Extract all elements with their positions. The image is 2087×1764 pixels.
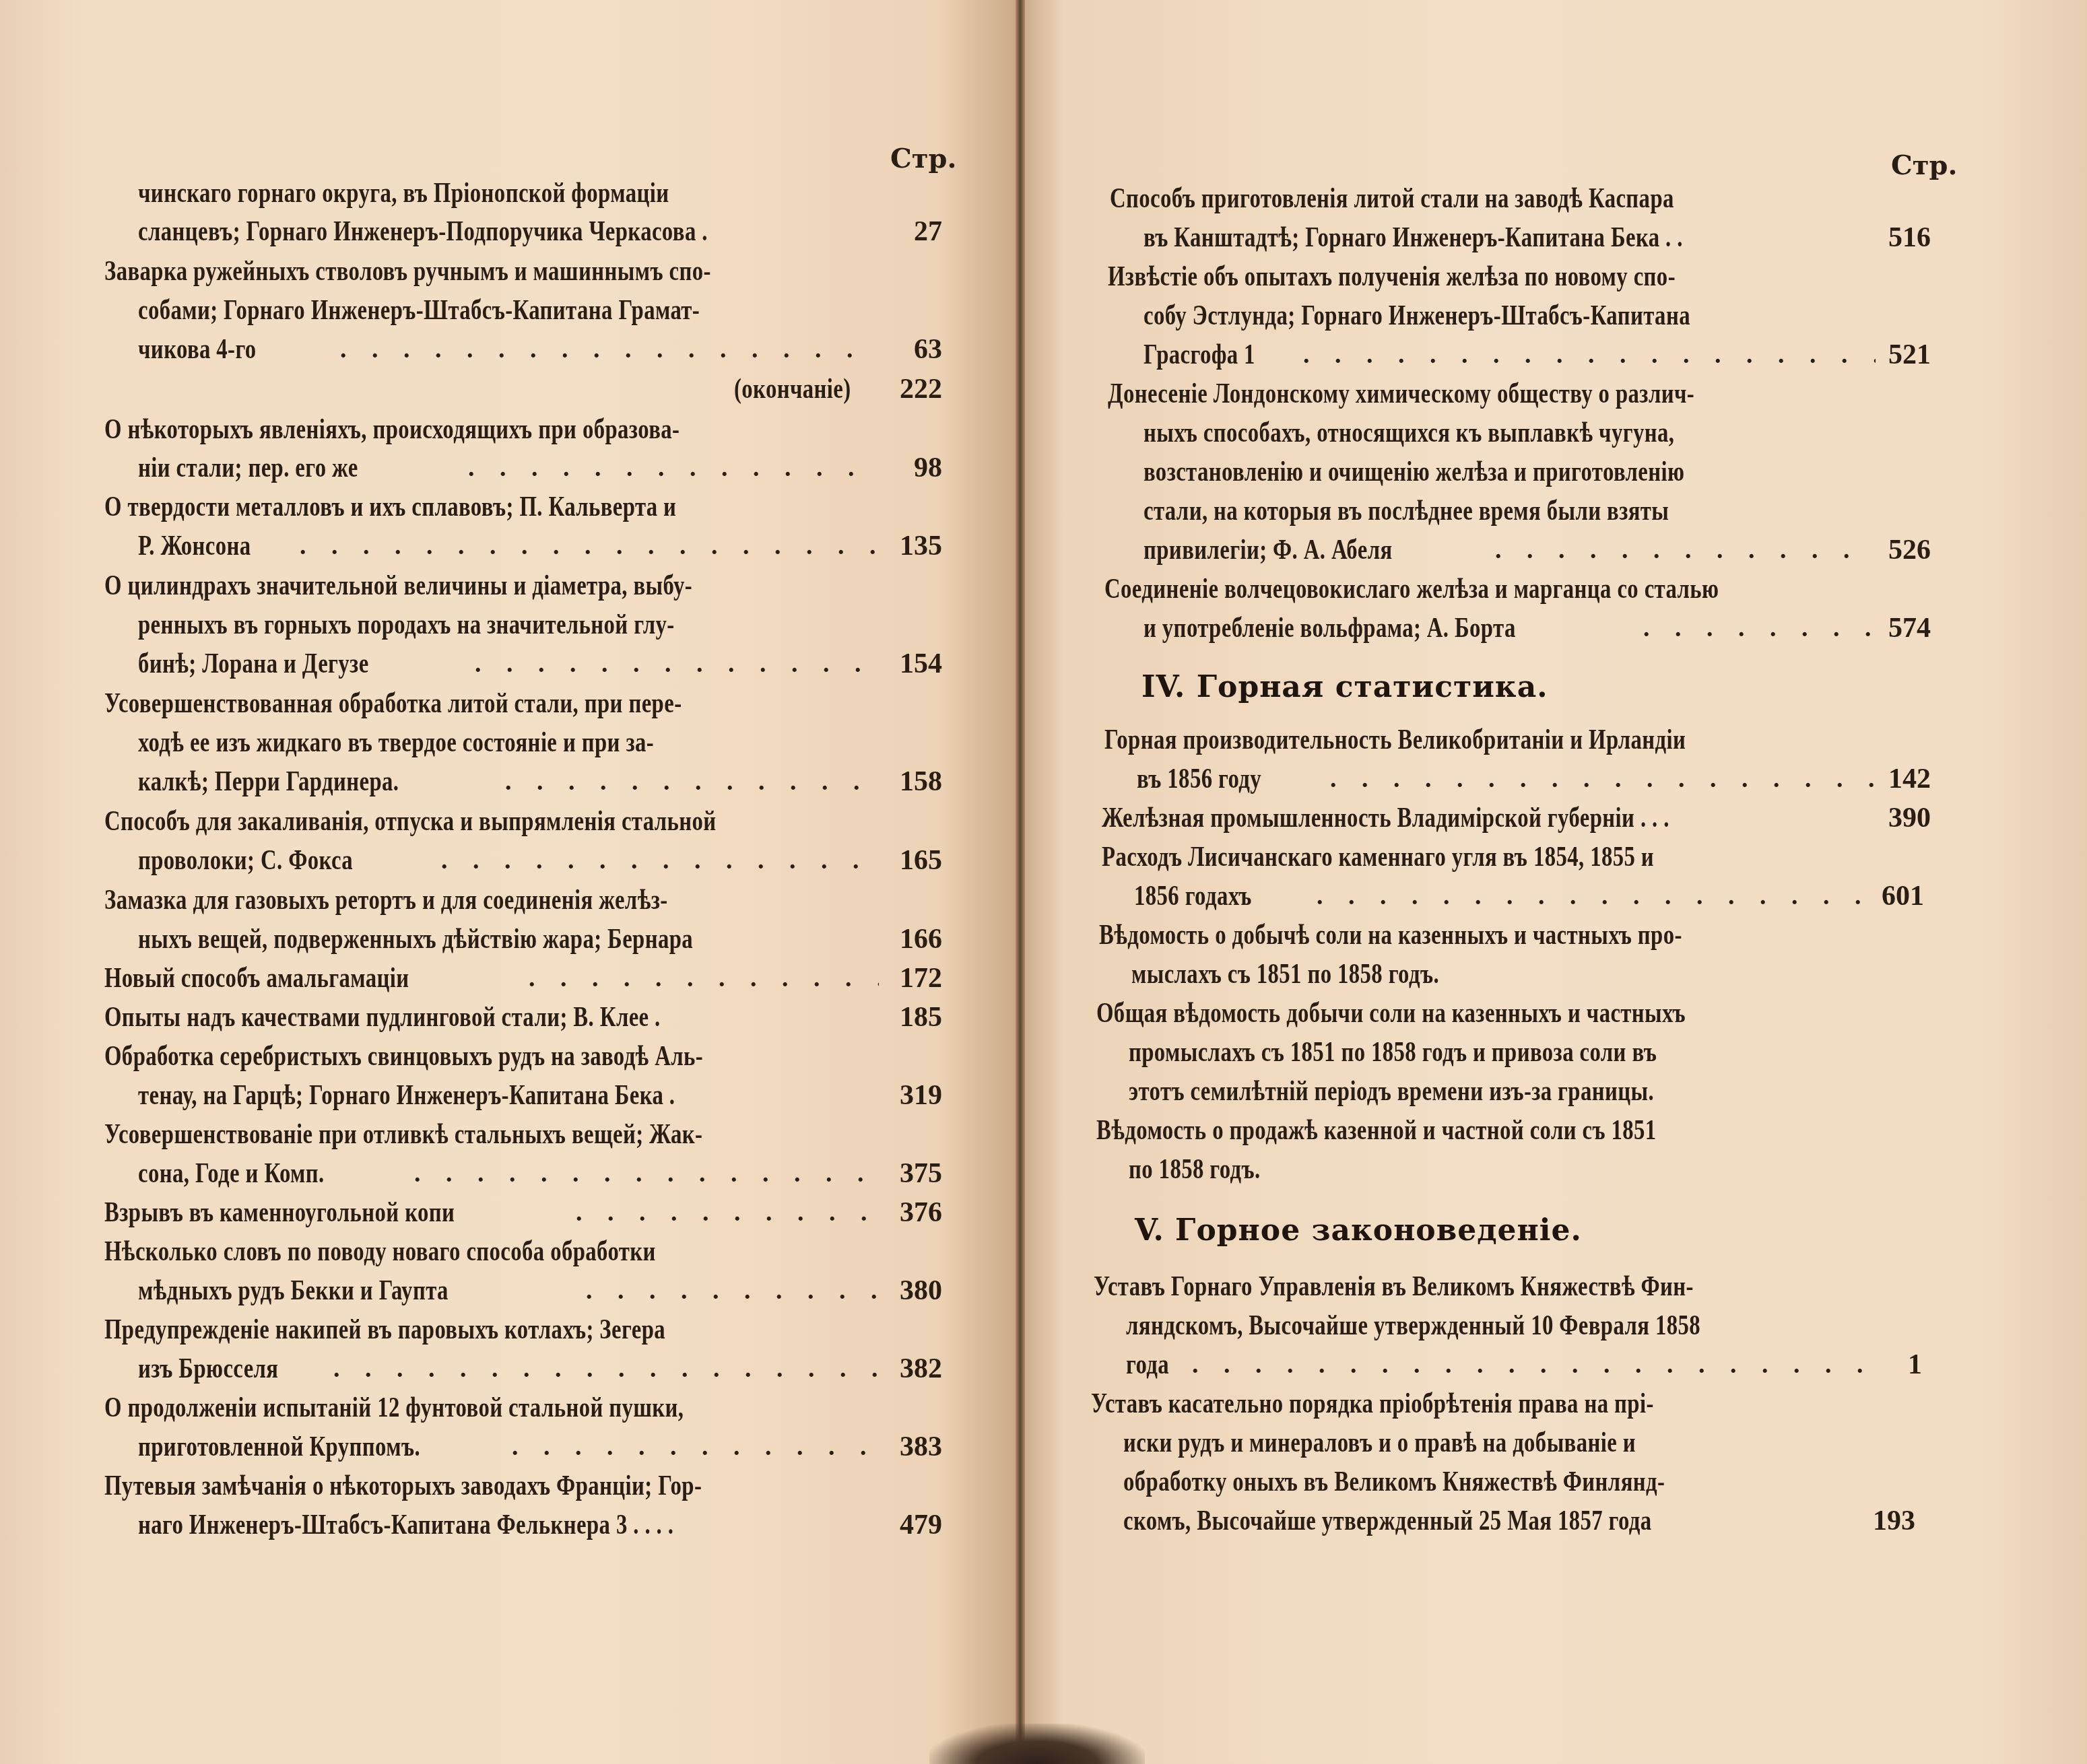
dot-leader: . . . . . . . . . . . . . . . . . . . . …	[333, 1352, 879, 1386]
toc-entry-line: обработку оныхъ въ Великомъ Княжествѣ Фи…	[1123, 1465, 1665, 1499]
toc-entry-line: возстановленію и очищенію желѣза и приго…	[1144, 455, 1684, 489]
toc-page-number: 135	[900, 529, 942, 563]
dot-leader: . . . . . . . . . . . . . . . . . . . . …	[529, 961, 879, 995]
toc-entry-line: изъ Брюсселя	[138, 1352, 278, 1386]
toc-entry-line: скомъ, Высочайше утвержденный 25 Мая 185…	[1123, 1504, 1652, 1538]
toc-entry-line: Донесеніе Лондонскому химическому общест…	[1108, 377, 1694, 411]
toc-entry-line: этотъ семилѣтній періодъ времени изъ-за …	[1129, 1075, 1654, 1108]
toc-page-number: 319	[900, 1079, 942, 1112]
toc-entry-line: Вѣдомость о продажѣ казенной и частной с…	[1096, 1114, 1657, 1147]
toc-entry-line: собу Эстлунда; Горнаго Инженеръ-Штабсъ-К…	[1144, 299, 1690, 333]
spine-shadow	[929, 1724, 1145, 1764]
toc-entry-line: Соединеніе волчецовокислаго желѣза и мар…	[1104, 572, 1719, 606]
toc-page-number: 27	[914, 215, 942, 248]
toc-entry-line: Предупрежденіе накипей въ паровыхъ котла…	[104, 1313, 665, 1347]
toc-entry-line: Заварка ружейныхъ стволовъ ручнымъ и маш…	[104, 255, 711, 288]
dot-leader: . . . . . . . . . . . . . . . . .	[586, 1274, 879, 1308]
toc-entry-line: 1856 годахъ	[1134, 879, 1252, 913]
toc-entry-line: бинѣ; Лорана и Дегузе	[138, 647, 369, 681]
dot-leader: . . . . . . . . . . . . . . . . . . . . …	[1192, 1348, 1862, 1382]
toc-entry-line: Расходъ Лисичанскаго каменнаго угля въ 1…	[1102, 840, 1654, 874]
toc-entry-line: собами; Горнаго Инженеръ-Штабсъ-Капитана…	[138, 294, 700, 327]
toc-entry-line: Усовершенствованная обработка литой стал…	[104, 687, 682, 720]
toc-page-number: 172	[900, 961, 942, 995]
toc-entry-line: ляндскомъ, Высочайше утвержденный 10 Фев…	[1126, 1309, 1700, 1343]
toc-page-number: 165	[900, 844, 942, 877]
toc-entry-line: Новый способъ амальгамаціи	[104, 961, 409, 995]
toc-entry-line: чинскаго горнаго округа, въ Пріонопской …	[138, 176, 669, 210]
section-heading: IV. Горная статистика.	[1141, 670, 1548, 704]
toc-entry-line: Замазка для газовыхъ ретортъ и для соеди…	[104, 883, 668, 917]
toc-page-number: 574	[1888, 611, 1931, 645]
toc-page-number: 601	[1882, 879, 1924, 913]
toc-entry-line: въ 1856 году	[1137, 762, 1261, 796]
toc-page-number: 98	[914, 451, 942, 485]
toc-entry-line: ніи стали; пер. его же	[138, 451, 358, 485]
section-heading: V. Горное законоведеніе.	[1135, 1213, 1582, 1248]
dot-leader: . . . . . . . . . . . . . . . . . . . . …	[475, 647, 879, 681]
toc-page-number: 380	[900, 1274, 942, 1308]
dot-leader: . . . . . . . . . . . . . .	[1643, 611, 1876, 645]
dot-leader: . . . . . . . . . . . . . . . . . . . . …	[1495, 533, 1876, 567]
dot-leader: . . . . . . . . . . . . . . . . . . . . …	[300, 529, 886, 563]
toc-page-number: 166	[900, 922, 942, 956]
toc-entry-line: Усовершенствованіе при отливкѣ стальныхъ…	[104, 1118, 702, 1151]
toc-entry-line: Уставъ касательно порядка пріобрѣтенія п…	[1091, 1387, 1654, 1421]
toc-entry-line: О твердости металловъ и ихъ сплавовъ; П.…	[104, 490, 676, 524]
book-gutter	[1016, 0, 1025, 1764]
toc-page-number: 526	[1888, 533, 1931, 567]
toc-entry-line: въ Канштадтѣ; Горнаго Инженеръ-Капитана …	[1144, 221, 1683, 255]
toc-entry-line: года	[1126, 1348, 1169, 1382]
toc-entry-line: проволоки; С. Фокса	[138, 844, 353, 877]
toc-entry-line: О нѣкоторыхъ явленіяхъ, происходящихъ пр…	[104, 413, 680, 446]
toc-entry-line: Грасгофа 1	[1144, 338, 1255, 372]
toc-entry-line: Горная производительность Великобританіи…	[1104, 723, 1686, 757]
toc-entry-line: Обработка серебристыхъ свинцовыхъ рудъ н…	[104, 1040, 703, 1073]
toc-entry-line: мѣдныхъ рудъ Бекки и Гаупта	[138, 1274, 449, 1308]
toc-entry-line: (окончаніе)	[734, 372, 851, 406]
page-column-label: Стр.	[1891, 149, 1958, 181]
toc-page-number: 516	[1888, 221, 1931, 255]
toc-entry-line: ходѣ ее изъ жидкаго въ твердое состояніе…	[138, 726, 654, 759]
toc-page-number: 158	[900, 765, 942, 799]
toc-page-number: 521	[1888, 338, 1931, 372]
toc-entry-line: мыслахъ съ 1851 по 1858 годъ.	[1131, 957, 1439, 991]
toc-entry-line: калкѣ; Перри Гардинера.	[138, 765, 399, 799]
toc-entry-line: ныхъ способахъ, относящихся къ выплавкѣ …	[1144, 416, 1674, 450]
dot-leader: . . . . . . . . . . . . . . . . . . . . …	[414, 1157, 879, 1190]
toc-entry-line: Р. Жонсона	[138, 529, 251, 563]
toc-page-number: 142	[1888, 762, 1931, 796]
toc-entry-line: тенау, на Гарцѣ; Горнаго Инженеръ-Капита…	[138, 1079, 675, 1112]
toc-entry-line: и употребленіе вольфрама; А. Борта	[1144, 611, 1516, 645]
toc-entry-line: ренныхъ въ горныхъ породахъ на значитель…	[138, 608, 675, 642]
toc-page-number: 375	[900, 1157, 942, 1190]
toc-page-number: 63	[914, 333, 942, 366]
toc-entry-line: Способъ приготовленія литой стали на зав…	[1110, 182, 1674, 215]
toc-entry-line: Опыты надъ качествами пудлинговой стали;…	[104, 1000, 661, 1034]
toc-entry-line: Взрывъ въ каменноугольной копи	[104, 1196, 455, 1229]
toc-page-number: 154	[900, 647, 942, 681]
toc-entry-line: сланцевъ; Горнаго Инженеръ-Подпоручика Ч…	[138, 215, 708, 248]
dot-leader: . . . . . . . . . . . . . . . . . .	[576, 1196, 879, 1229]
toc-entry-line: промыслахъ съ 1851 по 1858 годъ и привоз…	[1129, 1036, 1657, 1069]
dot-leader: . . . . . . . . . . . . . . . . . . . . …	[1303, 338, 1876, 372]
toc-page-number: 383	[900, 1430, 942, 1464]
toc-page-number: 376	[900, 1196, 942, 1229]
toc-entry-line: ныхъ вещей, подверженныхъ дѣйствію жара;…	[138, 922, 693, 956]
page-column-label: Стр.	[890, 143, 957, 174]
toc-entry-line: Способъ для закаливанія, отпуска и выпря…	[104, 805, 717, 838]
toc-entry-line: сона, Годе и Комп.	[138, 1157, 325, 1190]
toc-entry-line: Извѣстіе объ опытахъ полученія желѣза по…	[1108, 260, 1676, 294]
toc-entry-line: чикова 4-го	[138, 333, 257, 366]
toc-page-number: 193	[1873, 1504, 1915, 1538]
toc-entry-line: Нѣсколько словъ по поводу новаго способа…	[104, 1235, 656, 1268]
dot-leader: . . . . . . . . . . . . . . . . . . . . …	[468, 451, 872, 485]
toc-entry-line: Уставъ Горнаго Управленія въ Великомъ Кн…	[1094, 1270, 1694, 1303]
toc-page-number: 479	[900, 1508, 942, 1542]
toc-page-number: 222	[900, 372, 942, 406]
toc-page-number: 185	[900, 1000, 942, 1034]
toc-entry-line: наго Инженеръ-Штабсъ-Капитана Фелькнера …	[138, 1508, 673, 1542]
dot-leader: . . . . . . . . . . . . . . . . . . . . …	[1317, 879, 1869, 913]
toc-page-number: 390	[1888, 801, 1931, 835]
toc-entry-line: Желѣзная промышленность Владимірской губ…	[1102, 801, 1669, 835]
dot-leader: . . . . . . . . . . . . . . . . . . . . …	[340, 333, 872, 366]
toc-entry-line: Вѣдомость о добычѣ соли на казенныхъ и ч…	[1099, 918, 1682, 952]
toc-entry-line: О цилиндрахъ значительной величины и діа…	[104, 569, 692, 603]
toc-entry-line: стали, на которыя въ послѣднее время был…	[1144, 494, 1669, 528]
toc-entry-line: приготовленной Круппомъ.	[138, 1430, 420, 1464]
toc-entry-line: Общая вѣдомость добычи соли на казенныхъ…	[1096, 996, 1686, 1030]
dot-leader: . . . . . . . . . . . . . . . . . . . . …	[505, 765, 879, 799]
dot-leader: . . . . . . . . . . . . . . . . . . . . …	[1330, 762, 1876, 796]
dot-leader: . . . . . . . . . . . . . . . . . . . . …	[512, 1430, 879, 1464]
toc-page-number: 1	[1908, 1348, 1922, 1382]
toc-entry-line: по 1858 годъ.	[1129, 1153, 1261, 1186]
toc-entry-line: иски рудъ и минераловъ и о правѣ на добы…	[1123, 1426, 1636, 1460]
toc-entry-line: Путевыя замѣчанія о нѣкоторыхъ заводахъ …	[104, 1469, 702, 1503]
dot-leader: . . . . . . . . . . . . . . . . . . . . …	[441, 844, 879, 877]
toc-page-number: 382	[900, 1352, 942, 1386]
toc-entry-line: О продолженіи испытаній 12 фунтовой стал…	[104, 1391, 684, 1425]
toc-entry-line: привилегіи; Ф. А. Абеля	[1144, 533, 1393, 567]
